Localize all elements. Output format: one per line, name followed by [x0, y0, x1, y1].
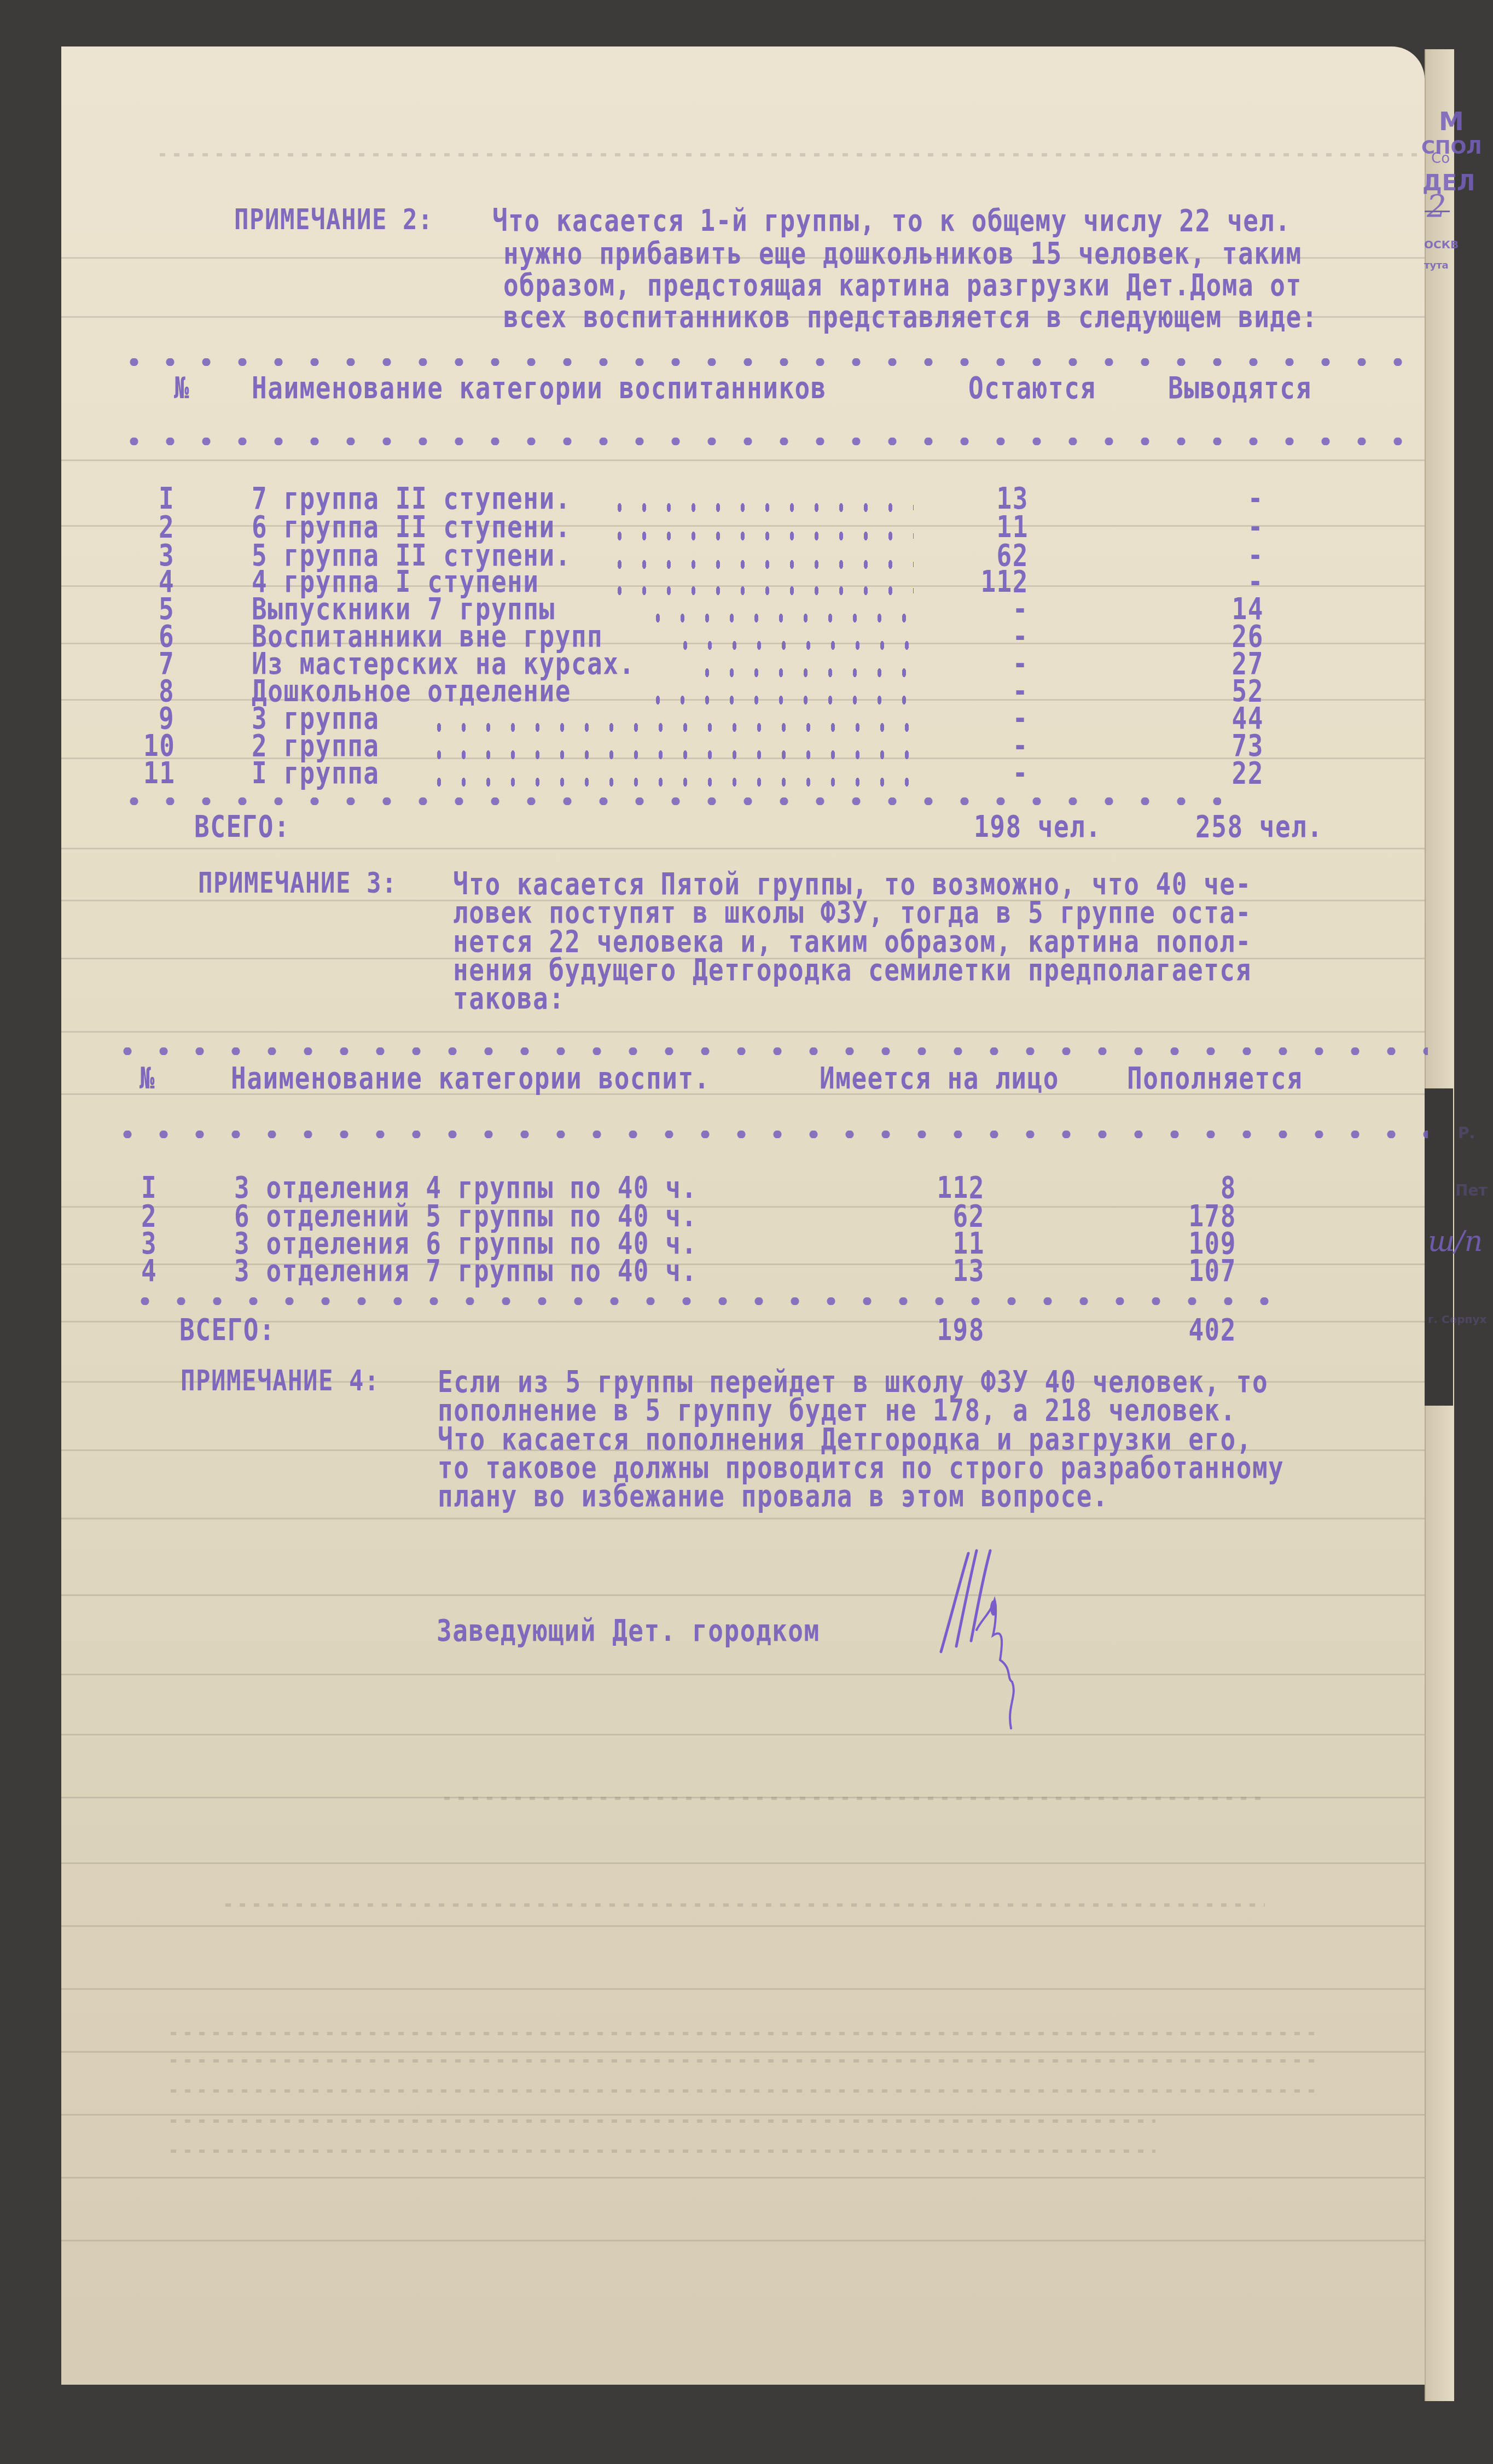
- ruled-line: [61, 2051, 1425, 2053]
- note-2-line: Что касается 1-й группы, то к общему чис…: [492, 203, 1291, 237]
- note-4-label: ПРИМЕЧАНИЕ 4:: [181, 1365, 380, 1398]
- bleed-through: [444, 1797, 1265, 1800]
- ruled-line: [61, 848, 1425, 849]
- table-1-total-leave: 258 чел.: [1195, 809, 1323, 843]
- note-3-label: ПРИМЕЧАНИЕ 3:: [198, 867, 397, 900]
- note-2-line: нужно прибавить еще дошкольников 15 чело…: [503, 236, 1302, 270]
- table-2-header-num: №: [140, 1061, 155, 1094]
- table-2-header-refill: Пополняется: [1127, 1061, 1303, 1094]
- dotted-rule: [116, 358, 1407, 366]
- dot-leader: [646, 696, 914, 704]
- stamp-handwritten-mark: ш/п: [1428, 1225, 1483, 1258]
- dot-leader: [646, 614, 914, 622]
- table-2-header-name: Наименование категории воспит.: [231, 1061, 710, 1094]
- dotted-rule: [127, 1297, 1287, 1305]
- dot-leader: [607, 560, 914, 569]
- ruled-line: [61, 1674, 1425, 1675]
- note-3-line: такова:: [453, 981, 565, 1015]
- table-1-header-num: №: [174, 371, 190, 404]
- bleed-through: [171, 2032, 1320, 2035]
- table-1-total-label: ВСЕГО:: [194, 809, 290, 843]
- table-1-header-leave: Выводятся: [1168, 371, 1312, 404]
- stamp-fragment: тута: [1424, 260, 1449, 271]
- dot-leader: [607, 503, 914, 512]
- stamp-fragment: М: [1439, 107, 1464, 136]
- signatory-title: Заведующий Дет. городком: [437, 1613, 820, 1647]
- ruled-line: [61, 1862, 1425, 1864]
- bleed-through: [225, 1903, 1265, 1907]
- note-4-line: плану во избежание провала в этом вопрос…: [438, 1479, 1108, 1512]
- stamp-underline: [1425, 211, 1450, 212]
- bleed-through: [171, 2089, 1320, 2093]
- row-leave: 22: [1187, 756, 1264, 789]
- table-2-total-label: ВСЕГО:: [179, 1313, 275, 1346]
- bleed-through: [171, 2119, 1155, 2123]
- ruled-line: [61, 459, 1425, 461]
- table-2-header-present: Имеется на лицо: [820, 1061, 1059, 1094]
- ruled-line: [61, 1594, 1425, 1596]
- table-2-total-present: 198: [897, 1313, 985, 1346]
- row-remain: -: [941, 756, 1029, 789]
- note-2-label: ПРИМЕЧАНИЕ 2:: [234, 203, 433, 237]
- table-2-total-refill: 402: [1149, 1313, 1236, 1346]
- ruled-line: [61, 2114, 1425, 2116]
- ruled-line: [61, 2240, 1425, 2241]
- stamp-fragment: СПОЛ: [1421, 137, 1482, 159]
- note-2-line: всех воспитанников представляется в след…: [503, 300, 1318, 333]
- bleed-through: [171, 2150, 1155, 2153]
- ruled-line: [61, 1988, 1425, 1990]
- dotted-rule: [109, 1131, 1428, 1138]
- row-present: 13: [897, 1254, 985, 1287]
- dot-leader: [673, 641, 914, 650]
- ruled-line: [61, 1734, 1425, 1735]
- table-1-header-remain: Остаются: [968, 371, 1096, 404]
- dotted-rule: [116, 797, 1221, 805]
- dot-leader: [427, 723, 914, 732]
- table-1-header-name: Наименование категории воспитанников: [252, 371, 827, 404]
- stamp-fragment: Со: [1431, 150, 1450, 167]
- row-name: 3 отделения 7 группы по 40 ч.: [234, 1254, 698, 1287]
- table-1-total-remain: 198 чел.: [974, 809, 1102, 843]
- stamp-fragment: г. Серпух: [1428, 1313, 1486, 1326]
- bleed-through: [160, 153, 1418, 156]
- row-refill: 107: [1149, 1254, 1236, 1287]
- dotted-rule: [109, 1047, 1428, 1055]
- ruled-line: [61, 1031, 1425, 1033]
- ruled-line: [61, 1925, 1425, 1927]
- dot-leader: [607, 586, 914, 595]
- dot-leader: [607, 532, 914, 540]
- row-num: 4: [141, 1254, 157, 1287]
- row-num: 11: [143, 756, 175, 789]
- ruled-line: [61, 2177, 1425, 2178]
- dotted-rule: [116, 438, 1407, 445]
- handwritten-signature: [930, 1548, 1072, 1734]
- note-3-line: нения будущего Детгородка семилетки пред…: [453, 953, 1252, 986]
- dot-leader: [695, 668, 914, 677]
- stamp-fragment: Р.: [1458, 1124, 1475, 1142]
- stamp-handwritten-number: 2: [1427, 189, 1446, 224]
- note-2-line: образом, предстоящая картина разгрузки Д…: [503, 268, 1302, 301]
- ruled-line: [61, 1518, 1425, 1519]
- stamp-fragment: ОСКВ: [1424, 238, 1459, 251]
- dot-leader: [427, 750, 914, 759]
- row-name: I группа: [252, 756, 380, 789]
- dot-leader: [427, 778, 914, 787]
- stamp-fragment: Пет: [1455, 1181, 1488, 1199]
- bleed-through: [171, 2059, 1320, 2063]
